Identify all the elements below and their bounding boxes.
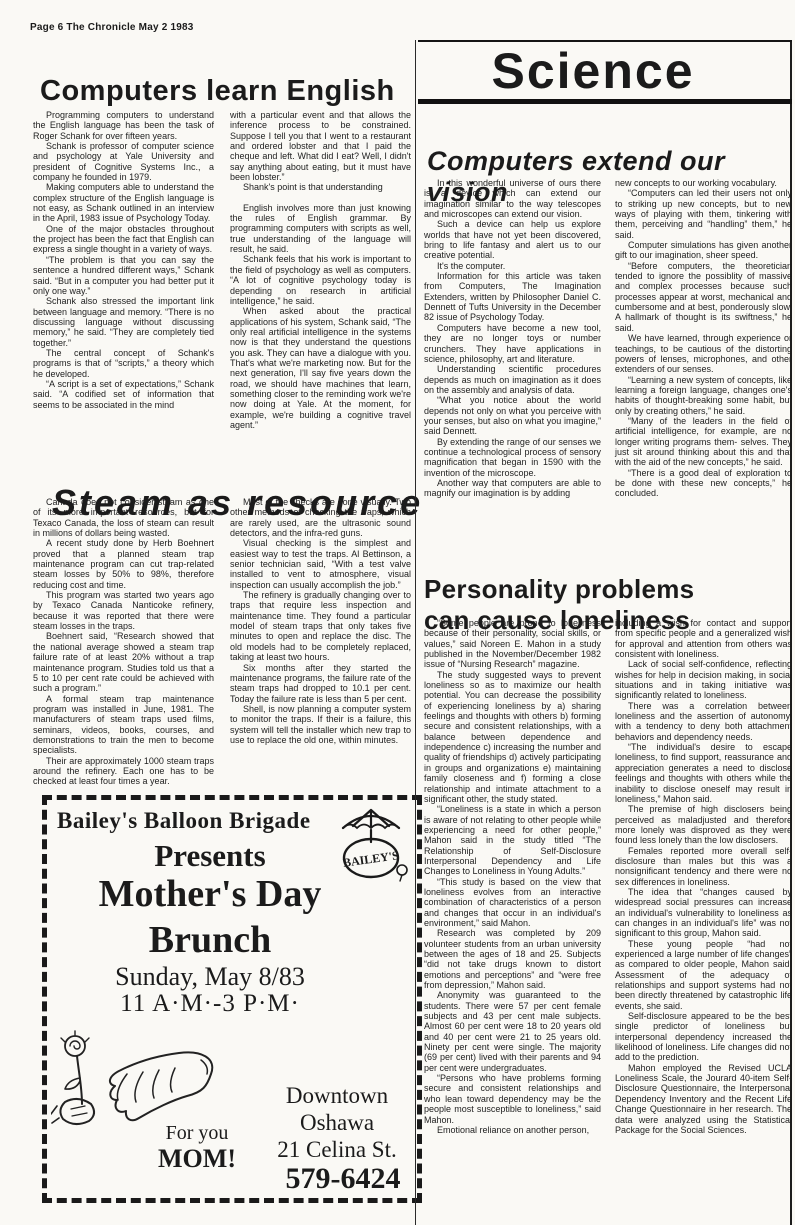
paragraph: “Learning a new system of concepts, like…: [615, 375, 792, 416]
paragraph: Shank's point is that understanding: [230, 182, 411, 192]
section-banner-science: Science: [418, 42, 768, 100]
paragraph: A formal steam trap maintenance program …: [33, 694, 214, 756]
paragraph: Anonymity was guaranteed to the students…: [424, 990, 601, 1073]
paragraph: It's the computer.: [424, 261, 601, 271]
paragraph: Another way that computers are able to m…: [424, 478, 601, 499]
paragraph: The central concept of Schank's programs…: [33, 348, 214, 379]
article-column: Most of the checks are done visually. Tw…: [230, 497, 411, 797]
paragraph: Shell, is now planning a computer system…: [230, 704, 411, 745]
ad-address-line: Oshawa: [257, 1109, 417, 1136]
paragraph: Boehnert said, “Research showed that the…: [33, 631, 214, 693]
paragraph: new concepts to our working vocabulary.: [615, 178, 792, 188]
paragraph: Visual checking is the simplest and easi…: [230, 538, 411, 590]
article-column: “Some people are prone to loneliness bec…: [424, 618, 601, 1218]
ad-brigade-title: Bailey's Balloon Brigade: [57, 808, 311, 834]
paragraph: A recent study done by Herb Boehnert pro…: [33, 538, 214, 590]
paragraph: “Loneliness is a state in which a person…: [424, 804, 601, 876]
paragraph: The study suggested ways to prevent lone…: [424, 670, 601, 804]
ad-brunch: Brunch: [47, 918, 373, 962]
ad-mothers-day: Mother's Day: [47, 872, 373, 916]
column-divider: [415, 40, 416, 1225]
article-column: In this wonderful universe of ours there…: [424, 178, 601, 546]
paragraph: “Many of the leaders in the field of art…: [615, 416, 792, 468]
paragraph: Schank feels that his work is important …: [230, 254, 411, 306]
paragraph: “The problem is that you can say the sen…: [33, 255, 214, 296]
paragraph: The idea that “changes caused by widespr…: [615, 887, 792, 939]
paragraph: “Persons who have problems forming secur…: [424, 1073, 601, 1125]
paragraph: This program was started two years ago b…: [33, 590, 214, 631]
article-column: Canada does not consider steam as one of…: [33, 497, 214, 797]
paragraph: Canada does not consider steam as one of…: [33, 497, 214, 538]
paragraph: One of the major obstacles throughout th…: [33, 224, 214, 255]
article-column: new concepts to our working vocabulary.“…: [615, 178, 792, 546]
paragraph: English involves more than just knowing …: [230, 203, 411, 255]
ad-time: 11 A·M·-3 P·M·: [47, 990, 373, 1018]
paragraph: Their are approximately 1000 steam traps…: [33, 756, 214, 787]
paragraph: “A script is a set of expectations,” Sch…: [33, 379, 214, 410]
article-personality: “Some people are prone to loneliness bec…: [424, 618, 792, 1218]
paragraph: When asked about the practical applicati…: [230, 306, 411, 430]
paragraph: including a wish for contact and support…: [615, 618, 792, 659]
paragraph: Programming computers to understand the …: [33, 110, 214, 141]
paragraph: The premise of high disclosers being per…: [615, 804, 792, 845]
paragraph: There was a correlation between loneline…: [615, 701, 792, 742]
paragraph: “This study is based on the view that lo…: [424, 877, 601, 929]
paragraph: with a particular event and that allows …: [230, 110, 411, 182]
article-column: including a wish for contact and support…: [615, 618, 792, 1218]
paragraph: Six months after they started the mainte…: [230, 663, 411, 704]
paragraph: These young people “had not experienced …: [615, 939, 792, 1011]
paragraph: Emotional reliance on another person,: [424, 1125, 601, 1135]
ad-address-line: 21 Celina St.: [257, 1136, 417, 1163]
paragraph: [230, 193, 411, 203]
ad-date: Sunday, May 8/83: [47, 962, 373, 992]
article-steam: Canada does not consider steam as one of…: [33, 497, 411, 797]
baileys-brunch-ad: Bailey's Balloon Brigade BAILEY'S Presen…: [42, 795, 422, 1203]
paragraph: Most of the checks are done visually. Tw…: [230, 497, 411, 538]
paragraph: By extending the range of our senses we …: [424, 437, 601, 478]
headline-computers-learn-english: Computers learn English: [40, 75, 395, 108]
paragraph: The refinery is gradually changing over …: [230, 590, 411, 662]
paragraph: Lack of social self-confidence, reflecti…: [615, 659, 792, 700]
headline-line: Personality problems: [424, 574, 694, 605]
article-learn-english: Programming computers to understand the …: [33, 110, 411, 460]
article-column: with a particular event and that allows …: [230, 110, 411, 460]
ad-mom: MOM!: [117, 1144, 277, 1174]
ad-address: Downtown Oshawa 21 Celina St.: [257, 1082, 417, 1163]
paragraph: “There is a good deal of exploration to …: [615, 468, 792, 499]
science-banner-rule: [418, 99, 792, 104]
paragraph: “Some people are prone to loneliness bec…: [424, 618, 601, 670]
paragraph: “Computers can led their users not only …: [615, 188, 792, 240]
paragraph: “The individual's desire to escape lonel…: [615, 742, 792, 804]
article-column: Programming computers to understand the …: [33, 110, 214, 460]
article-vision: In this wonderful universe of ours there…: [424, 178, 792, 546]
paragraph: Research was completed by 209 volunteer …: [424, 928, 601, 990]
paragraph: “Before computers, the theoretician tend…: [615, 261, 792, 333]
paragraph: Females reported more overall self-discl…: [615, 846, 792, 887]
paragraph: Computer simulations has given another g…: [615, 240, 792, 261]
ad-for-you: For you: [117, 1122, 277, 1145]
paragraph: Such a device can help us explore worlds…: [424, 219, 601, 260]
newspaper-page: Page 6 The Chronicle May 2 1983 Computer…: [0, 0, 795, 1225]
paragraph: Making computers able to understand the …: [33, 182, 214, 223]
paragraph: Schank also stressed the important link …: [33, 296, 214, 348]
paragraph: Mahon employed the Revised UCLA Loneline…: [615, 1063, 792, 1135]
paragraph: We have learned, through experience or t…: [615, 333, 792, 374]
paragraph: Self-disclosure appeared to be the best …: [615, 1011, 792, 1063]
paragraph: In this wonderful universe of ours there…: [424, 178, 601, 219]
ad-presents: Presents: [47, 838, 373, 874]
paragraph: “What you notice about the world depends…: [424, 395, 601, 436]
paragraph: Information for this article was taken f…: [424, 271, 601, 323]
page-header: Page 6 The Chronicle May 2 1983: [30, 22, 194, 33]
paragraph: Computers have become a new tool, they a…: [424, 323, 601, 364]
paragraph: Understanding scientific procedures depe…: [424, 364, 601, 395]
ad-address-line: Downtown: [257, 1082, 417, 1109]
ad-phone-number: 579-6424: [263, 1162, 423, 1196]
paragraph: Schank is professor of computer science …: [33, 141, 214, 182]
